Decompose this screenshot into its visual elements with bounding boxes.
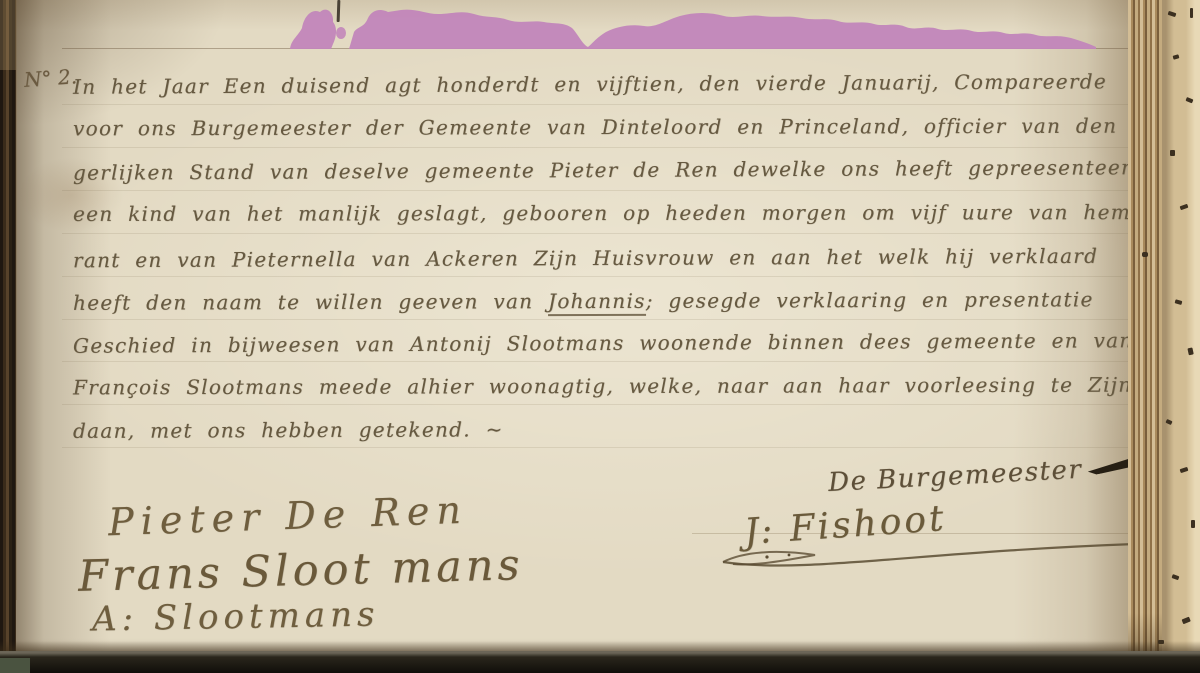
book-bottom-edge — [0, 651, 1200, 673]
baseline-rule — [62, 404, 1130, 405]
record-text-line: rant en van Pieternella van Ackeren Zijn… — [73, 244, 1123, 273]
facing-page-ink-marks — [1128, 0, 1200, 673]
record-text-line: heeft den naam te willen geeven van Joha… — [73, 287, 1123, 315]
record-text-line: gerlijken Stand van deselve gemeente Pie… — [73, 155, 1123, 184]
witness-signature: Frans Sloot mans — [77, 540, 524, 602]
baseline-rule — [62, 233, 1130, 234]
record-text-line: daan, met ons hebben getekend. ~ — [73, 415, 1123, 443]
record-text-line: een kind van het manlijk geslagt, geboor… — [73, 200, 1123, 226]
record-margin-number: N° 2. — [23, 64, 77, 92]
baseline-rule — [62, 147, 1130, 148]
page-bottom-shadow — [0, 641, 1200, 651]
child-name-underlined: Johannis — [548, 289, 646, 316]
burgemeester-title-text: De Burgemeester — [827, 455, 1083, 498]
signature-flourish — [715, 520, 1145, 580]
burgemeester-title: De Burgemeester — [827, 452, 1134, 498]
register-page: N° 2. In het Jaar Een duisend agt honder… — [16, 0, 1128, 673]
register-book-photo: N° 2. In het Jaar Een duisend agt honder… — [0, 0, 1200, 673]
record-text-segment: ; gesegde verklaaring en presentatie — [646, 287, 1094, 313]
baseline-rule — [62, 190, 1130, 191]
baseline-rule — [62, 361, 1130, 362]
baseline-rule — [62, 104, 1130, 105]
book-left-edge — [0, 0, 16, 673]
record-text-line: François Slootmans meede alhier woonagti… — [73, 373, 1123, 400]
baseline-rule — [62, 319, 1130, 320]
record-text-segment: heeft den naam te willen geeven van — [73, 289, 548, 315]
witness-signature: A: Slootmans — [92, 594, 380, 639]
table-surface-corner — [0, 658, 30, 673]
book-left-edge-highlight — [0, 0, 16, 70]
record-text-line: In het Jaar Een duisend agt honderdt en … — [73, 69, 1123, 98]
baseline-rule — [62, 447, 1130, 448]
record-text-line: Geschied in bijweesen van Antonij Slootm… — [73, 328, 1123, 357]
record-text-line: voor ons Burgemeester der Gemeente van D… — [73, 114, 1123, 141]
margin-rule-line — [16, 0, 17, 600]
purple-stain — [276, 0, 1146, 56]
witness-signature: Pieter De Ren — [107, 488, 468, 545]
baseline-rule — [62, 276, 1130, 277]
